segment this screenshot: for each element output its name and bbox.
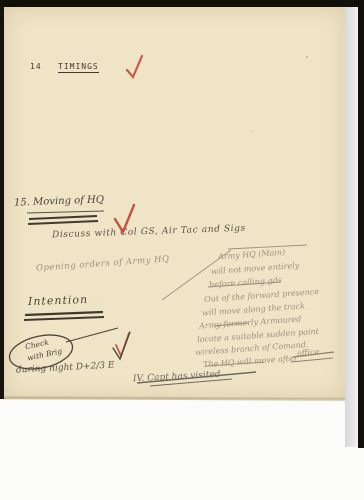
backing-sheet-bottom: [0, 399, 364, 500]
page-number: 14: [30, 62, 42, 71]
backing-sheet-right: [345, 7, 358, 447]
note-intention: Intention: [28, 293, 89, 308]
page-title: TIMINGS: [58, 62, 99, 73]
scanned-document-page: { "document": { "page_number": "14", "ti…: [0, 0, 364, 500]
scan-edge-right: [358, 0, 364, 448]
pencil-note-office: office: [297, 347, 320, 358]
scan-edge-top: [0, 0, 364, 7]
